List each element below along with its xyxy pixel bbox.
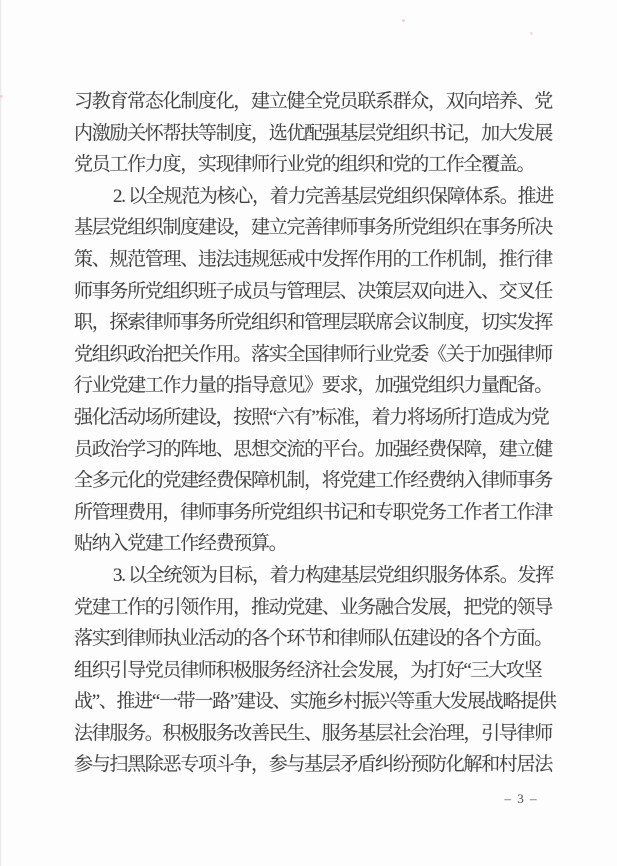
text-line: 所管理费用，律师事务所党组织书记和专职党务工作者工作津 bbox=[74, 497, 562, 529]
page-number: – 3 – bbox=[505, 791, 539, 807]
scan-speck bbox=[0, 95, 3, 98]
text-line: 党组织政治把关作用。落实全国律师行业党委《关于加强律师 bbox=[74, 339, 562, 371]
text-line: 基层党组织制度建设，建立完善律师事务所党组织在事务所决 bbox=[74, 212, 562, 244]
text-line: 3. 以全统领为目标，着力构建基层党组织服务体系。发挥 bbox=[74, 560, 562, 592]
text-line: 师事务所党组织班子成员与管理层、决策层双向进入、交叉任 bbox=[74, 276, 562, 308]
text-line: 员政治学习的阵地、思想交流的平台。加强经费保障，建立健 bbox=[74, 434, 562, 466]
text-line: 组织引导党员律师积极服务经济社会发展，为打好“三大攻坚 bbox=[74, 655, 562, 687]
text-line: 党建工作的引领作用，推动党建、业务融合发展，把党的领导 bbox=[74, 592, 562, 624]
document-page: 习教育常态化制度化，建立健全党员联系群众，双向培养、党内激励关怀帮扶等制度，选优… bbox=[0, 0, 617, 866]
text-line: 行业党建工作力量的指导意见》要求，加强党组织力量配备。 bbox=[74, 370, 562, 402]
text-line: 2. 以全规范为核心，着力完善基层党组织保障体系。推进 bbox=[74, 181, 562, 213]
scan-edge-shadow bbox=[0, 0, 2, 866]
text-line: 参与扫黑除恶专项斗争，参与基层矛盾纠纷预防化解和村居法 bbox=[74, 749, 562, 781]
text-line: 习教育常态化制度化，建立健全党员联系群众，双向培养、党 bbox=[74, 86, 562, 118]
text-line: 强化活动场所建设，按照“六有”标准，着力将场所打造成为党 bbox=[74, 402, 562, 434]
document-body: 习教育常态化制度化，建立健全党员联系群众，双向培养、党内激励关怀帮扶等制度，选优… bbox=[74, 86, 562, 781]
text-line: 贴纳入党建工作经费预算。 bbox=[74, 528, 562, 560]
text-line: 内激励关怀帮扶等制度，选优配强基层党组织书记，加大发展 bbox=[74, 118, 562, 150]
text-line: 职，探索律师事务所党组织和管理层联席会议制度，切实发挥 bbox=[74, 307, 562, 339]
text-line: 全多元化的党建经费保障机制，将党建工作经费纳入律师事务 bbox=[74, 465, 562, 497]
text-line: 策、规范管理、违法违规惩戒中发挥作用的工作机制，推行律 bbox=[74, 244, 562, 276]
text-line: 战”、推进“一带一路”建设、实施乡村振兴等重大发展战略提供 bbox=[74, 686, 562, 718]
text-line: 法律服务。积极服务改善民生、服务基层社会治理，引导律师 bbox=[74, 718, 562, 750]
scan-speck bbox=[530, 32, 533, 35]
text-line: 落实到律师执业活动的各个环节和律师队伍建设的各个方面。 bbox=[74, 623, 562, 655]
text-line: 党员工作力度，实现律师行业党的组织和党的工作全覆盖。 bbox=[74, 149, 562, 181]
scan-speck bbox=[402, 19, 405, 22]
